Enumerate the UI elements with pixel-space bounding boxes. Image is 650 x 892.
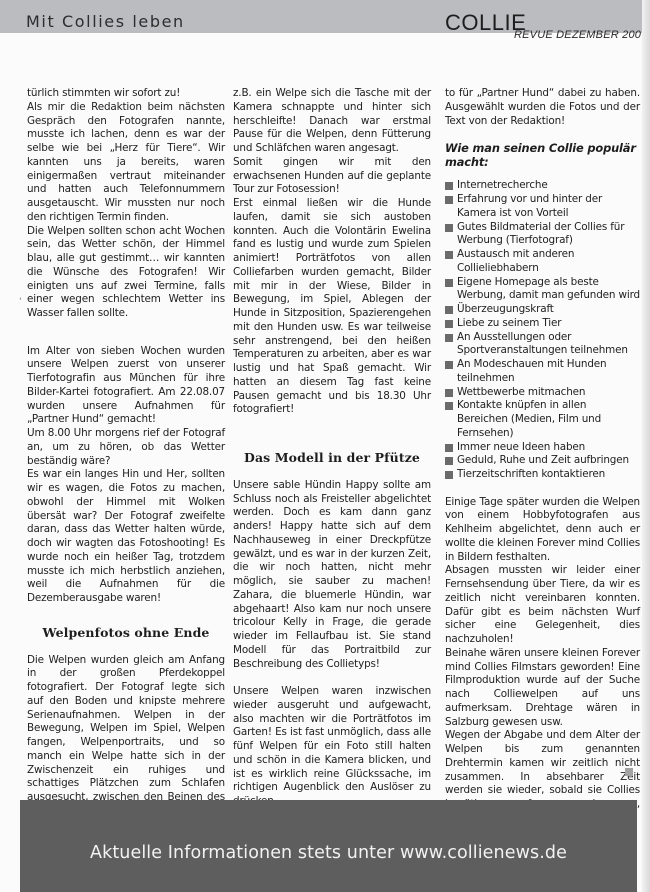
page-edge-shadow (642, 0, 650, 892)
paragraph: Absagen mussten wir leider einer Fernseh… (445, 564, 640, 647)
tip-item: Überzeugungskraft (445, 303, 640, 317)
paragraph: Somit gingen wir mit den erwachsenen Hun… (233, 156, 431, 197)
tip-item: Internetrecherche (445, 179, 640, 193)
square-bullet-icon (445, 196, 453, 204)
square-bullet-icon (445, 389, 453, 397)
square-bullet-icon (445, 224, 453, 232)
paragraph: Unsere sable Hündin Happy sollte am Schl… (233, 479, 431, 672)
article-column-1: türlich stimmten wir sofort zu! Als mir … (27, 87, 225, 832)
square-bullet-icon (445, 320, 453, 328)
tip-item: Immer neue Ideen haben (445, 441, 640, 455)
paragraph: Es war ein langes Hin und Her, sollten w… (27, 468, 225, 606)
square-bullet-icon (445, 334, 453, 342)
tip-item: Tierzeitschriften kontaktieren (445, 468, 640, 482)
tip-item: Liebe zu seinem Tier (445, 317, 640, 331)
paragraph: Die Welpen wurden gleich am Anfang in de… (27, 654, 225, 819)
tips-heading: Wie man seinen Collie populär macht: (445, 142, 640, 169)
paragraph: to für „Partner Hund“ dabei zu haben. Au… (445, 87, 640, 128)
tip-item: Gutes Bildmaterial der Collies für Werbu… (445, 221, 640, 249)
article-column-3: to für „Partner Hund“ dabei zu haben. Au… (445, 87, 640, 826)
square-bullet-icon (445, 444, 453, 452)
paragraph: Im Alter von sieben Wochen wurden unsere… (27, 345, 225, 428)
square-bullet-icon (445, 471, 453, 479)
tips-list: Internetrecherche Erfahrung vor und hint… (445, 179, 640, 482)
issue-label: REVUE DEZEMBER 2007 (514, 29, 647, 41)
paragraph: Die Welpen sollten schon acht Wochen sei… (27, 225, 225, 321)
footer-website-link[interactable]: Aktuelle Informationen stets unter www.c… (20, 843, 637, 863)
subheading-welpenfotos: Welpenfotos ohne Ende (27, 626, 225, 640)
square-bullet-icon (445, 402, 453, 410)
tip-item: Eigene Homepage als beste Werbung, damit… (445, 276, 640, 304)
paragraph: Erst einmal ließen wir die Hunde laufen,… (233, 197, 431, 417)
paragraph: Um 8.00 Uhr morgens rief der Fotograf an… (27, 427, 225, 468)
section-title: Mit Collies leben (26, 12, 185, 31)
square-bullet-icon (445, 182, 453, 190)
paragraph: Als mir die Redaktion beim nächsten Gesp… (27, 101, 225, 225)
square-bullet-icon (445, 279, 453, 287)
tip-item: Kontakte knüpfen in allen Bereichen (Med… (445, 399, 640, 440)
article-column-2: z.B. ein Welpe sich die Tasche mit der K… (233, 87, 431, 878)
paragraph: z.B. ein Welpe sich die Tasche mit der K… (233, 87, 431, 156)
paragraph: Einige Tage später wurden die Welpen von… (445, 496, 640, 565)
tip-item: An Ausstellungen oder Sportveranstaltung… (445, 331, 640, 359)
footer-banner: Aktuelle Informationen stets unter www.c… (20, 800, 637, 892)
paragraph: türlich stimmten wir sofort zu! (27, 87, 225, 101)
square-bullet-icon (445, 457, 453, 465)
tip-item: Geduld, Ruhe und Zeit aufbringen (445, 454, 640, 468)
paragraph: Unsere Welpen waren inzwischen wieder au… (233, 685, 431, 809)
article-end-square-icon (625, 768, 633, 776)
square-bullet-icon (445, 251, 453, 259)
subheading-modell-pfuetze: Das Modell in der Pfütze (233, 451, 431, 465)
tip-item: Wettbewerbe mitmachen (445, 386, 640, 400)
margin-mark: ‘ (19, 297, 22, 307)
square-bullet-icon (445, 361, 453, 369)
paragraph: Beinahe wären unsere kleinen Forever min… (445, 647, 640, 730)
tip-item: An Modeschauen mit Hunden teilnehmen (445, 358, 640, 386)
square-bullet-icon (445, 306, 453, 314)
tip-item: Erfahrung vor und hinter der Kamera ist … (445, 193, 640, 221)
tip-item: Austausch mit anderen Collieliebhabern (445, 248, 640, 276)
